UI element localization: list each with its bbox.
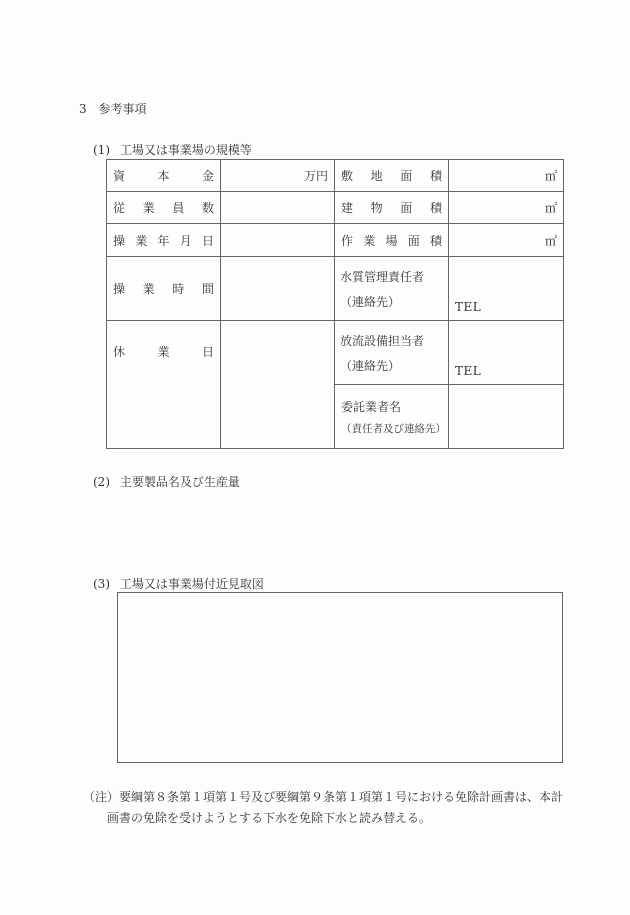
building-area-label: 建 物 面 積 xyxy=(335,192,449,224)
label-char: 時 xyxy=(172,280,184,297)
label-char: 積 xyxy=(430,232,442,249)
water-manager-sub: （連絡先） xyxy=(340,293,442,310)
work-area-field[interactable]: ㎡ xyxy=(449,224,564,257)
employees-label: 従 業 員 数 xyxy=(107,192,221,224)
part1-title: 工場又は事業場の規模等 xyxy=(120,143,252,157)
start-date-label: 操 業 年 月 日 xyxy=(107,224,221,257)
label-char: 積 xyxy=(430,167,442,184)
label-char: 員 xyxy=(172,199,184,216)
site-area-field[interactable]: ㎡ xyxy=(449,160,564,192)
discharge-manager-field[interactable]: TEL xyxy=(449,321,564,385)
label-char: 敷 xyxy=(341,167,353,184)
label-char: 業 xyxy=(143,280,155,297)
label-char: 業 xyxy=(157,343,169,360)
contractor-label: 委託業者名 （責任者及び連絡先） xyxy=(335,385,449,449)
hours-label: 操 業 時 間 xyxy=(107,257,221,321)
label-char: 操 xyxy=(113,280,125,297)
work-area-unit: ㎡ xyxy=(545,234,557,248)
label-char: 面 xyxy=(400,199,412,216)
note-label: （注） xyxy=(83,790,119,804)
label-char: 休 xyxy=(113,343,125,360)
discharge-manager-label: 放流設備担当者 （連絡先） xyxy=(335,321,449,385)
label-char: 日 xyxy=(202,232,214,249)
label-char: 資 xyxy=(113,167,125,184)
scale-table: 資 本 金 万円 敷 地 面 積 ㎡ 従 業 員 数 xyxy=(106,159,564,449)
site-map-box[interactable] xyxy=(117,592,563,763)
part2-title: 主要製品名及び生産量 xyxy=(120,475,240,489)
water-manager-field[interactable]: TEL xyxy=(449,257,564,321)
part3-label: (3) xyxy=(93,577,110,591)
label-char: 面 xyxy=(408,232,420,249)
hours-field[interactable] xyxy=(221,257,335,321)
label-char: 月 xyxy=(180,232,192,249)
work-area-label: 作 業 場 面 積 xyxy=(335,224,449,257)
start-date-field[interactable] xyxy=(221,224,335,257)
label-char: 数 xyxy=(202,199,214,216)
note: （注）要綱第８条第１項第１号及び要綱第９条第１項第１号における免除計画書は、本計… xyxy=(83,787,563,829)
part1-heading: (1) 工場又は事業場の規模等 xyxy=(93,141,252,158)
capital-unit: 万円 xyxy=(304,169,328,183)
part3-title: 工場又は事業場付近見取図 xyxy=(120,577,264,591)
water-manager-title: 水質管理責任者 xyxy=(340,268,442,285)
part2-label: (2) xyxy=(93,475,110,489)
discharge-manager-sub: （連絡先） xyxy=(340,357,442,374)
label-char: 建 xyxy=(341,199,353,216)
label-char: 業 xyxy=(363,232,375,249)
label-char: 日 xyxy=(202,343,214,360)
contractor-sub: （責任者及び連絡先） xyxy=(341,421,442,436)
label-char: 金 xyxy=(202,167,214,184)
label-char: 業 xyxy=(143,199,155,216)
label-char: 場 xyxy=(385,232,397,249)
section-heading: 3 参考事項 xyxy=(79,100,146,117)
label-char: 地 xyxy=(371,167,383,184)
label-char: 積 xyxy=(430,199,442,216)
label-char: 物 xyxy=(371,199,383,216)
part3-heading: (3) 工場又は事業場付近見取図 xyxy=(93,575,264,592)
part2-heading: (2) 主要製品名及び生産量 xyxy=(93,473,240,490)
label-char: 間 xyxy=(202,280,214,297)
label-char: 本 xyxy=(157,167,169,184)
holidays-field[interactable] xyxy=(221,321,335,449)
building-area-field[interactable]: ㎡ xyxy=(449,192,564,224)
label-char: 業 xyxy=(135,232,147,249)
note-line-2: 画書の免除を受けようとする下水を免除下水と読み替える。 xyxy=(83,808,563,829)
capital-field[interactable]: 万円 xyxy=(221,160,335,192)
discharge-manager-tel: TEL xyxy=(455,364,481,378)
capital-label: 資 本 金 xyxy=(107,160,221,192)
discharge-manager-title: 放流設備担当者 xyxy=(340,332,442,349)
label-char: 従 xyxy=(113,199,125,216)
label-char: 作 xyxy=(341,232,353,249)
employees-field[interactable] xyxy=(221,192,335,224)
site-area-label: 敷 地 面 積 xyxy=(335,160,449,192)
water-manager-tel: TEL xyxy=(455,300,481,314)
note-line-1: （注）要綱第８条第１項第１号及び要綱第９条第１項第１号における免除計画書は、本計 xyxy=(83,787,563,808)
label-char: 操 xyxy=(113,232,125,249)
contractor-title: 委託業者名 xyxy=(341,398,442,415)
label-char: 面 xyxy=(400,167,412,184)
part1-label: (1) xyxy=(93,143,110,157)
building-area-unit: ㎡ xyxy=(545,201,557,215)
note-text-1: 要綱第８条第１項第１号及び要綱第９条第１項第１号における免除計画書は、本計 xyxy=(119,790,563,804)
label-char: 年 xyxy=(157,232,169,249)
site-area-unit: ㎡ xyxy=(545,169,557,183)
section-number: 3 xyxy=(79,102,87,116)
contractor-field[interactable] xyxy=(449,385,564,449)
section-title: 参考事項 xyxy=(98,102,146,116)
water-manager-label: 水質管理責任者 （連絡先） xyxy=(335,257,449,321)
holidays-label: 休 業 日 xyxy=(107,321,221,449)
